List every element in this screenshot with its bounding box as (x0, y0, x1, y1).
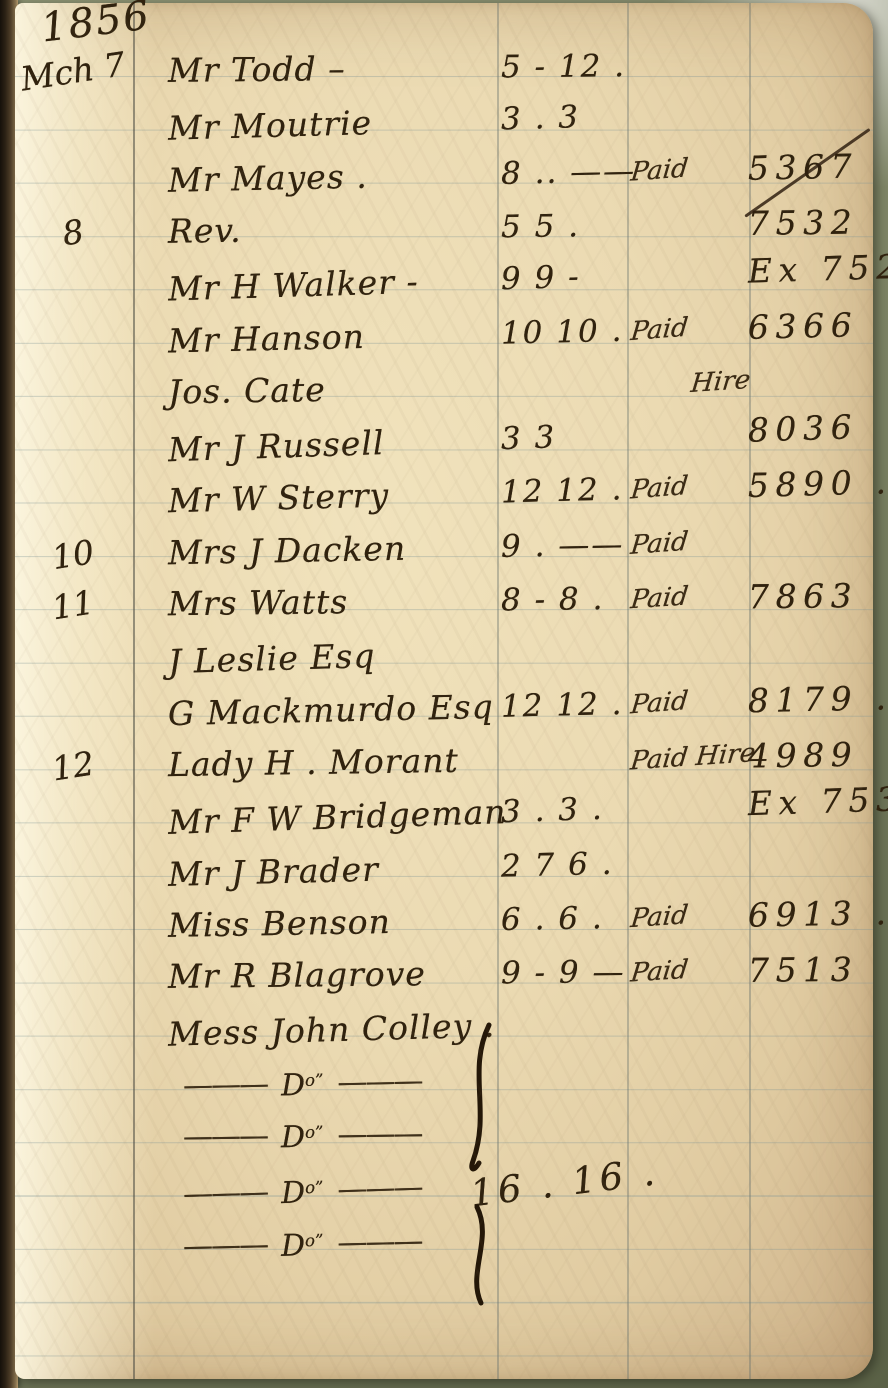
entry-amount: 3 . 3 (500, 91, 580, 147)
entry-amount: 9 - 9 — (501, 945, 626, 1000)
entry-amount: 8 - 8 . (501, 572, 605, 627)
ditto-mark: Do” (280, 1214, 324, 1274)
entry-name: Mr Mayes . (168, 149, 369, 207)
entry-date: 12 (16, 731, 131, 801)
entry-folio-number: 5367 (747, 139, 858, 195)
entry-name: Mr Todd – (168, 42, 346, 98)
entry-folio-number: 6366 (747, 298, 859, 355)
entry-name: Mr R Blagrove (168, 947, 426, 1004)
entry-status: Paid (628, 570, 691, 628)
entry-name: G Mackmurdo Esq (167, 680, 494, 741)
entry-amount: 2 7 6 . (500, 836, 614, 893)
entry-folio-number: 8179 . (747, 671, 888, 728)
entry-status: Paid (628, 459, 690, 518)
entry-folio-number: Ex 7533 . (747, 770, 888, 831)
entry-amount: 6 . 6 . (501, 891, 605, 947)
entry-name: Mr Hanson (167, 309, 365, 368)
entry-folio-number: 6913 . (747, 886, 888, 943)
entry-amount: 12 12 . (500, 463, 624, 520)
entry-status: Paid (628, 141, 691, 199)
ditto-dash: ——— (337, 1107, 422, 1162)
ditto-mark-sup: o” (305, 1178, 324, 1198)
entry-ditto: ———Do”——— (183, 1107, 422, 1164)
ditto-mark-sup: o” (305, 1231, 324, 1250)
entry-date: 11 (16, 571, 131, 641)
entry-status: Paid (628, 300, 691, 358)
ditto-mark: Do” (280, 1161, 324, 1221)
entry-amount: 5 - 12 . (501, 39, 627, 94)
entry-amount: 3 . 3 . (500, 782, 604, 839)
ditto-dash: ——— (337, 1161, 423, 1218)
ditto-dash: ——— (182, 1218, 267, 1274)
entry-name: Mrs Watts (168, 575, 349, 631)
ditto-dash: ——— (337, 1054, 422, 1110)
ledger-page: 1856 Mch 7Mr Todd –5 - 12 .Mr Moutrie3 .… (15, 3, 873, 1379)
entry-name: Rev. (168, 204, 242, 259)
ditto-mark: Do” (281, 1106, 324, 1166)
entry-status: Paid (628, 674, 691, 732)
entry-name: Lady H . Morant (168, 734, 459, 792)
entry-amount: 8 .. —— (500, 144, 636, 201)
entry-date: 8 (16, 198, 131, 268)
entry-name: Mr H Walker - (167, 255, 419, 317)
ditto-dash: ——— (182, 1057, 267, 1113)
ditto-dash: ——— (337, 1214, 422, 1270)
entry-amount: 9 . —— (500, 517, 624, 573)
entry-date: Mch 7 (16, 37, 131, 107)
entry-status: Paid (628, 888, 691, 946)
ditto-dash: ——— (182, 1166, 268, 1223)
entry-folio-number: 5890 . (747, 456, 888, 514)
entry-amount: 9 9 - (500, 250, 581, 306)
entry-name: Jos. Cate (168, 363, 327, 420)
entry-name: Mr J Russell (167, 416, 385, 477)
entry-amount: 12 12 . (500, 677, 624, 734)
ditto-mark-sup: o” (305, 1123, 324, 1142)
entry-name: Mess John Colley . (167, 999, 496, 1062)
entry-name: Mrs J Dacken (168, 521, 407, 580)
entry-folio-number: Ex 7523 (747, 239, 888, 299)
entry-name: Miss Benson (168, 895, 392, 953)
ditto-mark-sup: o” (305, 1071, 324, 1090)
ditto-dash: ——— (183, 1109, 268, 1164)
entry-name: Mr Moutrie (167, 96, 373, 156)
entry-amount: 3 3 (500, 410, 557, 466)
ditto-mark: Do” (280, 1054, 324, 1114)
entry-folio-number: 8036 (747, 400, 859, 458)
entry-amount: 5 5 . (501, 199, 581, 254)
entry-ditto: ———Do”——— (182, 1054, 422, 1113)
entry-name: Mr J Brader (167, 842, 379, 901)
entry-ditto: ———Do”——— (182, 1161, 422, 1222)
entry-amount: 10 10 . (500, 303, 624, 360)
entry-name: J Leslie Esq (167, 629, 376, 689)
entry-status: Paid (628, 943, 691, 1001)
entry-name: Mr W Sterry (167, 469, 389, 529)
ledger-scan: 1856 Mch 7Mr Todd –5 - 12 .Mr Moutrie3 .… (0, 0, 888, 1388)
entry-status: Paid (628, 514, 691, 572)
entry-ditto: ———Do”——— (182, 1214, 422, 1274)
